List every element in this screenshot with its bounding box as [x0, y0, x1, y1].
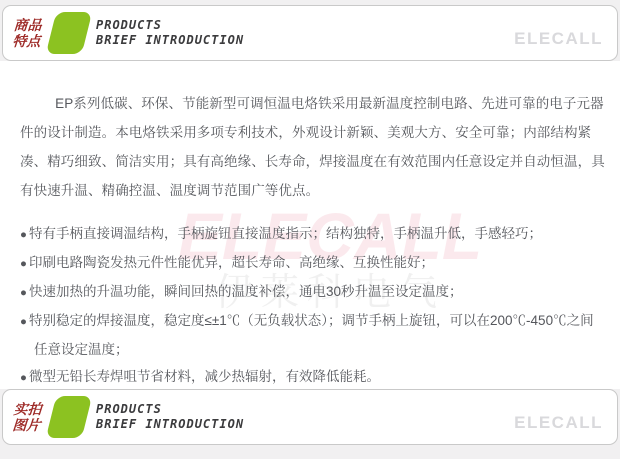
- green-parallelogram-icon: [46, 396, 92, 438]
- product-detail-page: 商品 特点 PRODUCTS BRIEF INTRODUCTION ELECAL…: [0, 0, 620, 459]
- feature-item: 特有手柄直接调温结构，手柄旋钮直接温度指示；结构独特，手柄温升低，手感轻巧；: [20, 220, 605, 249]
- section-header-product-features: 商品 特点 PRODUCTS BRIEF INTRODUCTION ELECAL…: [2, 5, 618, 61]
- section-subtitle-line2: BRIEF INTRODUCTION: [96, 417, 244, 432]
- section-title-cn-line2: 特点: [12, 33, 41, 49]
- feature-item: 特别稳定的焊接温度，稳定度≤±1℃（无负载状态）；调节手柄上旋钮，可以在200℃…: [20, 307, 605, 363]
- section-header-left: 商品 特点 PRODUCTS BRIEF INTRODUCTION: [13, 12, 244, 54]
- section-title-cn-line1: 实拍: [13, 401, 42, 417]
- feature-item: 微型无铅长寿焊咀节省材料，减少热辐射，有效降低能耗。: [20, 363, 605, 392]
- section-title-english: PRODUCTS BRIEF INTRODUCTION: [96, 18, 244, 48]
- section-header-left: 实拍 图片 PRODUCTS BRIEF INTRODUCTION: [13, 396, 244, 438]
- feature-item: 快速加热的升温功能，瞬间回热的温度补偿，通电30秒升温至设定温度；: [20, 278, 605, 307]
- feature-item: 印刷电路陶瓷发热元件性能优异，超长寿命、高绝缘、互换性能好；: [20, 249, 605, 278]
- section-subtitle-line1: PRODUCTS: [96, 18, 244, 33]
- section-title-english: PRODUCTS BRIEF INTRODUCTION: [96, 402, 244, 432]
- brand-logo: ELECALL: [514, 413, 603, 433]
- feature-list: 特有手柄直接调温结构，手柄旋钮直接温度指示；结构独特，手柄温升低，手感轻巧； 印…: [20, 220, 605, 392]
- section-title-chinese: 实拍 图片: [12, 401, 42, 433]
- intro-paragraph: EP系列低碳、环保、节能新型可调恒温电烙铁采用最新温度控制电路、先进可靠的电子元…: [20, 89, 605, 205]
- section-title-cn-line1: 商品: [13, 17, 42, 33]
- section-header-real-photos: 实拍 图片 PRODUCTS BRIEF INTRODUCTION ELECAL…: [2, 389, 618, 445]
- section-subtitle-line2: BRIEF INTRODUCTION: [96, 33, 244, 48]
- section-title-cn-line2: 图片: [12, 417, 41, 433]
- bottom-gray-strip: [0, 445, 620, 459]
- brand-logo: ELECALL: [514, 29, 603, 49]
- section-subtitle-line1: PRODUCTS: [96, 402, 244, 417]
- section-title-chinese: 商品 特点: [12, 17, 42, 49]
- green-parallelogram-icon: [46, 12, 92, 54]
- product-description-body: ELECALL 伊莱科电气 EP系列低碳、环保、节能新型可调恒温电烙铁采用最新温…: [0, 61, 620, 389]
